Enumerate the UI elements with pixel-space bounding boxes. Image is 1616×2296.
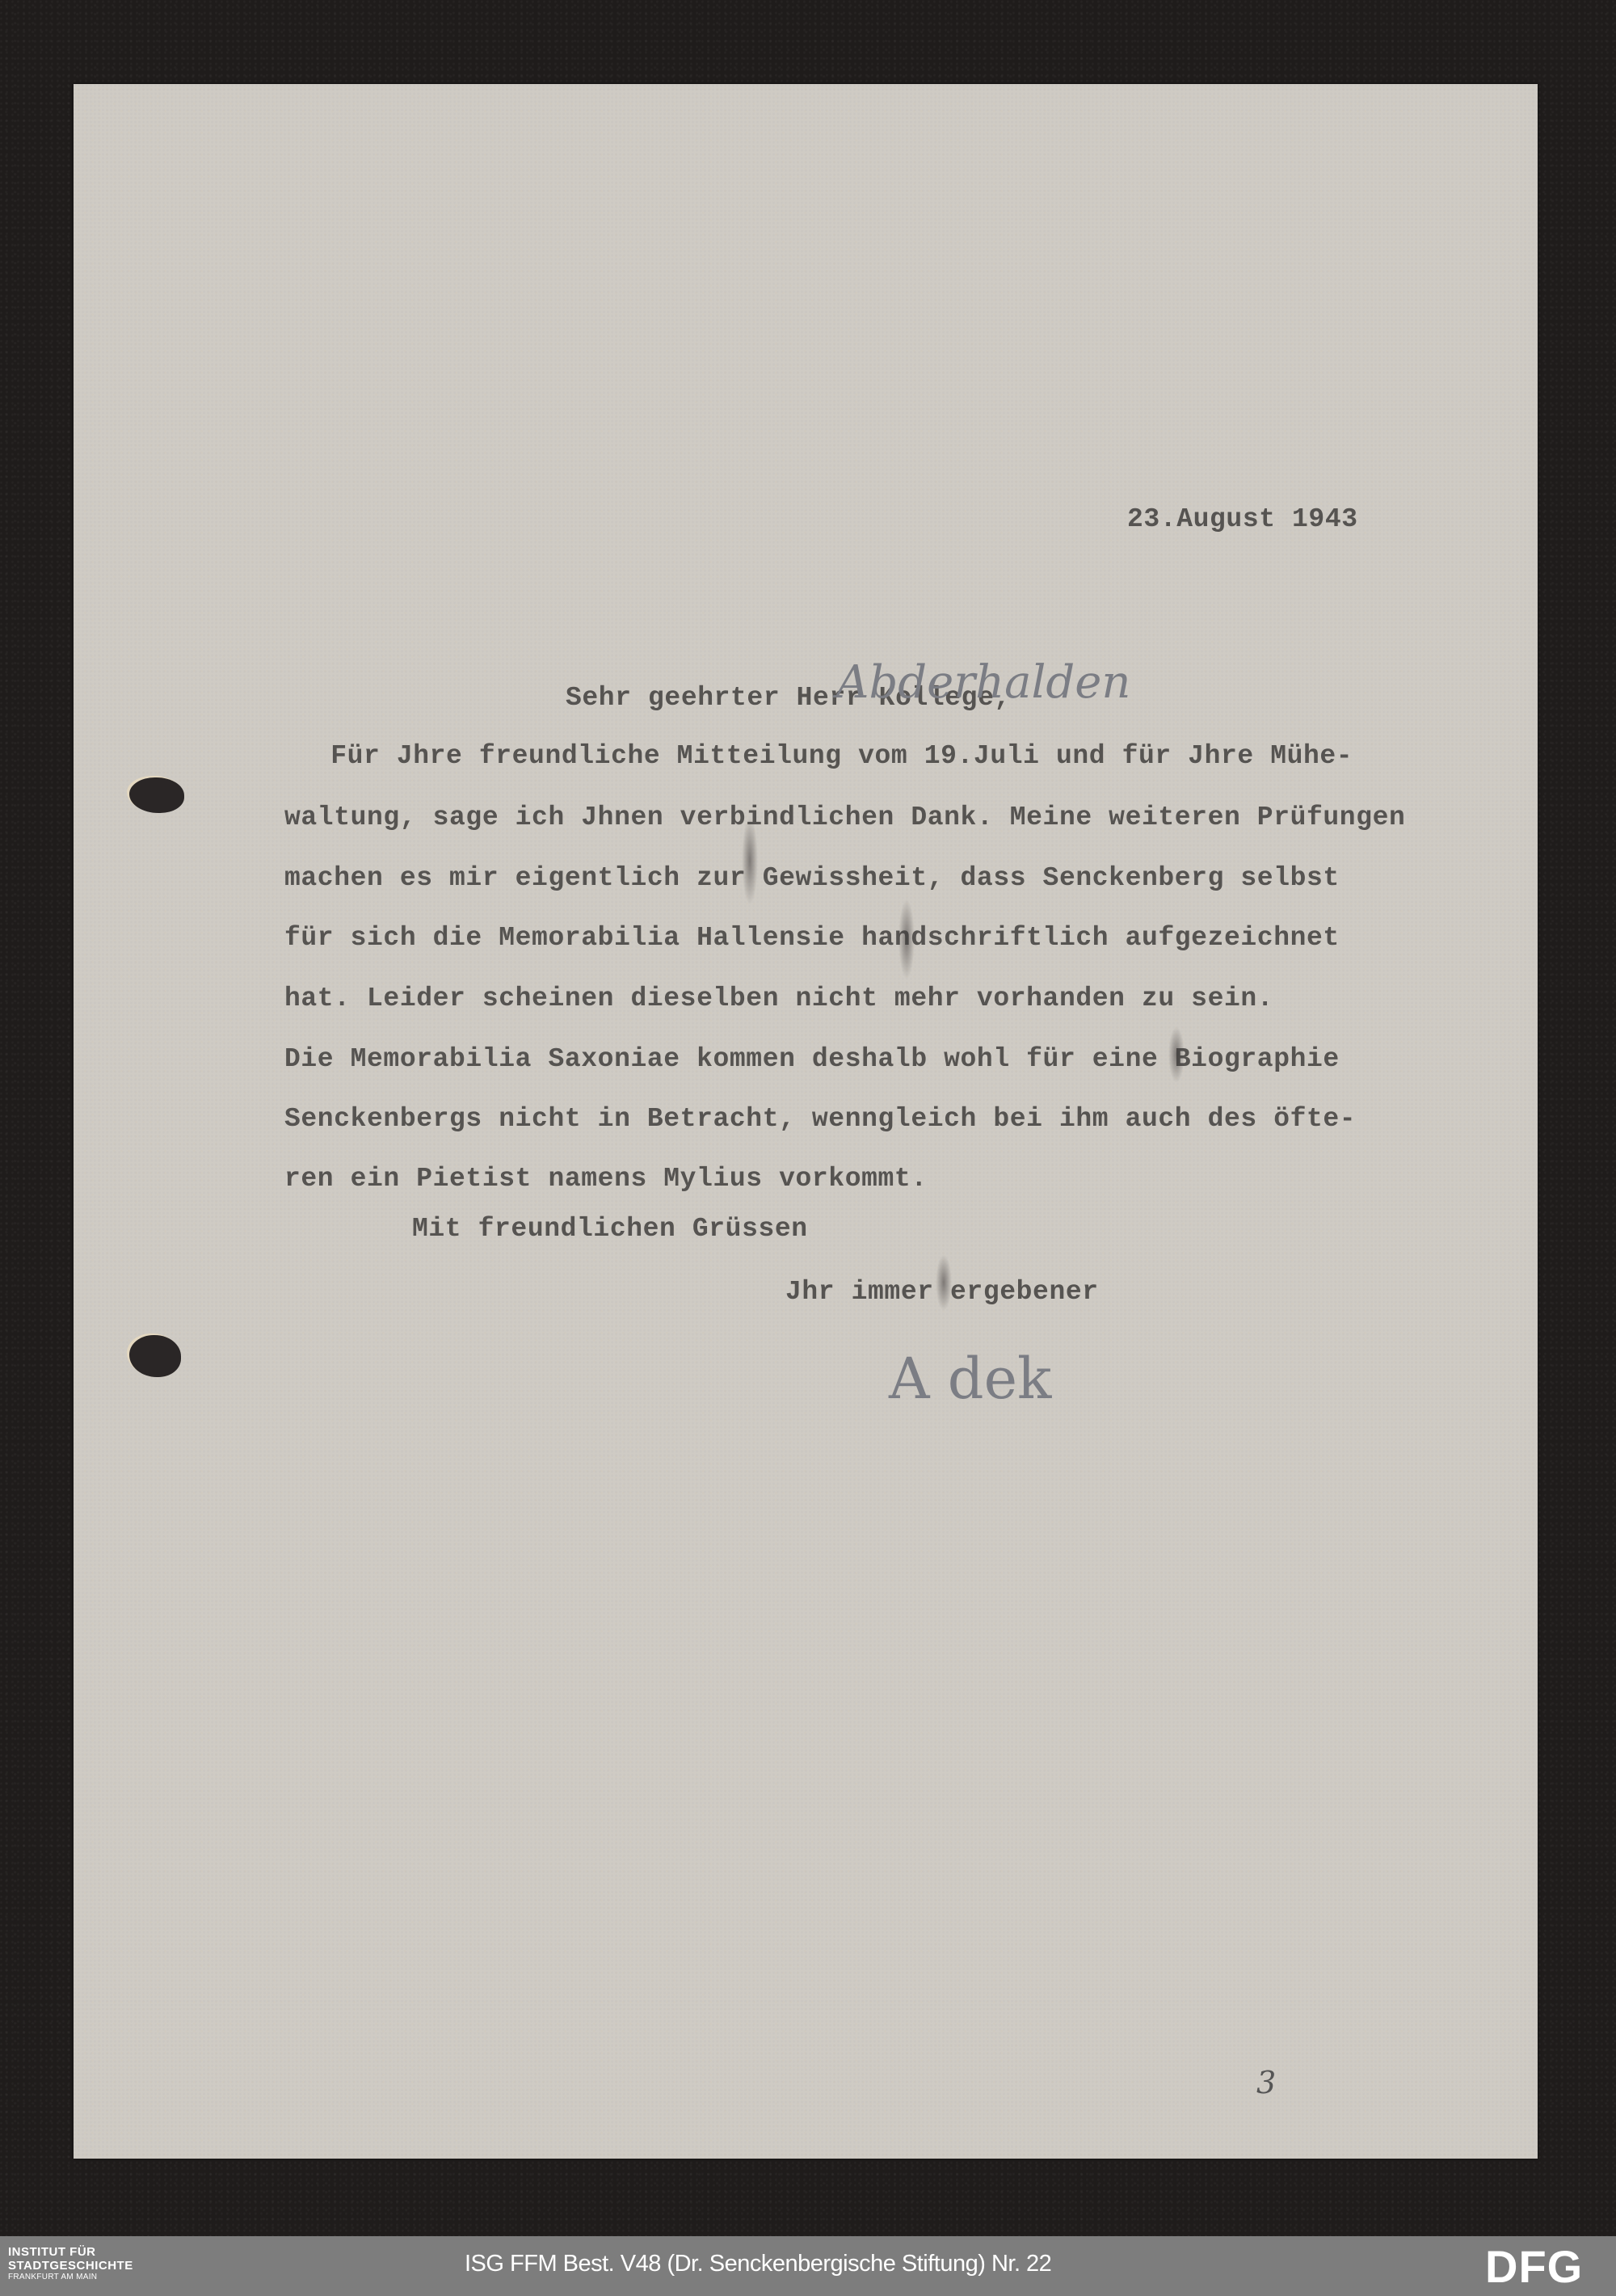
punch-hole-top <box>129 777 184 813</box>
complimentary-close: Jhr immer ergebener <box>785 1277 1099 1307</box>
institution-logo: INSTITUT FÜR STADTGESCHICHTE FRANKFURT A… <box>8 2246 133 2281</box>
body-line: hat. Leider scheinen dieselben nicht meh… <box>284 984 1273 1013</box>
body-line: machen es mir eigentlich zur Gewissheit,… <box>284 863 1340 893</box>
body-line: Senckenbergs nicht in Betracht, wennglei… <box>284 1104 1356 1134</box>
closing: Mit freundlichen Grüssen <box>412 1214 808 1244</box>
punch-hole-bottom <box>129 1335 181 1377</box>
archive-footer-bar: INSTITUT FÜR STADTGESCHICHTE FRANKFURT A… <box>0 2236 1616 2296</box>
archive-caption: ISG FFM Best. V48 (Dr. Senckenbergische … <box>465 2251 1051 2277</box>
body-line: Für Jhre freundliche Mitteilung vom 19.J… <box>281 741 1353 771</box>
dfg-logo: DFG <box>1485 2244 1583 2290</box>
body-line: für sich die Memorabilia Hallensie hands… <box>284 923 1340 953</box>
institution-line-2: STADTGESCHICHTE <box>8 2260 133 2272</box>
page-number: 3 <box>1256 2065 1276 2100</box>
signature: A dek <box>889 1346 1051 1412</box>
body-line: ren ein Pietist namens Mylius vorkommt. <box>284 1164 928 1194</box>
letter-date: 23.August 1943 <box>1127 504 1358 534</box>
handwritten-name-annotation: Abderhalden <box>836 656 1130 709</box>
institution-line-1: INSTITUT FÜR <box>8 2246 133 2258</box>
body-line: Die Memorabilia Saxoniae kommen deshalb … <box>284 1044 1340 1074</box>
institution-line-3: FRANKFURT AM MAIN <box>8 2273 133 2281</box>
body-line: waltung, sage ich Jhnen verbindlichen Da… <box>284 803 1405 832</box>
